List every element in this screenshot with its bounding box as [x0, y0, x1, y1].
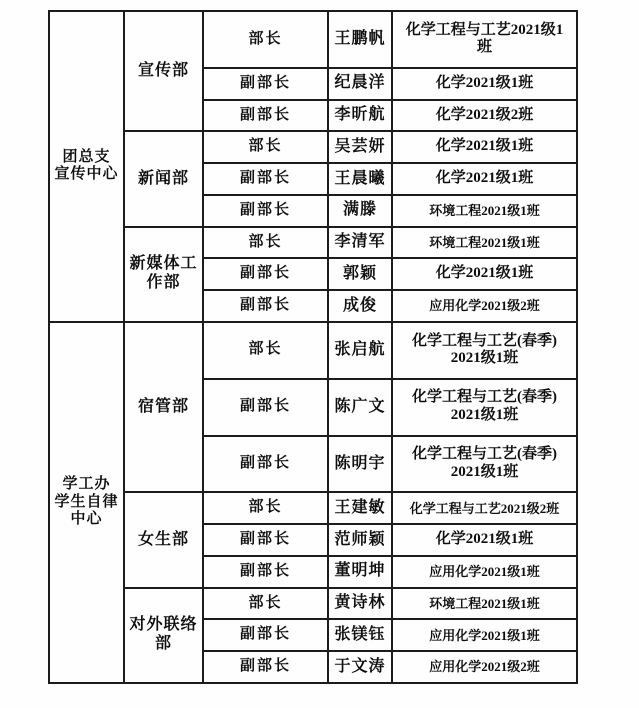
class-cell: 化学2021级1班 — [392, 163, 577, 195]
name-cell: 纪晨洋 — [328, 68, 392, 100]
class-cell: 化学2021级2班 — [392, 100, 577, 132]
name-cell: 李昕航 — [328, 100, 392, 132]
class-cell: 化学工程与工艺(春季) 2021级1班 — [392, 436, 577, 493]
name-cell: 王建敏 — [328, 492, 392, 524]
department-cell: 女生部 — [124, 492, 203, 587]
position-cell: 副部长 — [203, 436, 328, 493]
department-cell: 宣传部 — [124, 11, 203, 131]
department-cell: 对外联络 部 — [124, 588, 203, 683]
class-cell: 化学工程与工艺2021级1 班 — [392, 11, 577, 68]
position-cell: 副部长 — [203, 100, 328, 132]
center-cell: 团总支 宣传中心 — [49, 11, 124, 322]
class-cell: 化学2021级1班 — [392, 68, 577, 100]
position-cell: 部长 — [203, 131, 328, 163]
department-cell: 新媒体工 作部 — [124, 227, 203, 322]
name-cell: 陈明宇 — [328, 436, 392, 493]
department-cell: 新闻部 — [124, 131, 203, 226]
name-cell: 张启航 — [328, 322, 392, 379]
name-cell: 王鹏帆 — [328, 11, 392, 68]
class-cell: 环境工程2021级1班 — [392, 227, 577, 259]
position-cell: 部长 — [203, 492, 328, 524]
page: 团总支 宣传中心宣传部部长王鹏帆化学工程与工艺2021级1 班副部长纪晨洋化学2… — [0, 0, 639, 708]
name-cell: 董明坤 — [328, 556, 392, 588]
name-cell: 吴芸妍 — [328, 131, 392, 163]
position-cell: 部长 — [203, 322, 328, 379]
table-row: 新媒体工 作部部长李清军环境工程2021级1班 — [49, 227, 577, 259]
class-cell: 环境工程2021级1班 — [392, 588, 577, 620]
class-cell: 应用化学2021级2班 — [392, 651, 577, 683]
name-cell: 成俊 — [328, 290, 392, 322]
center-cell: 学工办 学生自律 中心 — [49, 322, 124, 683]
class-cell: 化学2021级1班 — [392, 131, 577, 163]
table-row: 对外联络 部部长黄诗林环境工程2021级1班 — [49, 588, 577, 620]
name-cell: 陈广文 — [328, 379, 392, 436]
table-row: 团总支 宣传中心宣传部部长王鹏帆化学工程与工艺2021级1 班 — [49, 11, 577, 68]
department-cell: 宿管部 — [124, 322, 203, 493]
position-cell: 副部长 — [203, 379, 328, 436]
position-cell: 副部长 — [203, 195, 328, 227]
name-cell: 黄诗林 — [328, 588, 392, 620]
table-row: 女生部部长王建敏化学工程与工艺2021级2班 — [49, 492, 577, 524]
class-cell: 化学工程与工艺(春季) 2021级1班 — [392, 379, 577, 436]
position-cell: 副部长 — [203, 290, 328, 322]
name-cell: 李清军 — [328, 227, 392, 259]
class-cell: 化学工程与工艺2021级2班 — [392, 492, 577, 524]
position-cell: 副部长 — [203, 524, 328, 556]
name-cell: 满滕 — [328, 195, 392, 227]
class-cell: 应用化学2021级1班 — [392, 556, 577, 588]
name-cell: 郭颖 — [328, 258, 392, 290]
position-cell: 副部长 — [203, 258, 328, 290]
position-cell: 部长 — [203, 227, 328, 259]
position-cell: 副部长 — [203, 619, 328, 651]
name-cell: 王晨曦 — [328, 163, 392, 195]
position-cell: 部长 — [203, 11, 328, 68]
table-row: 新闻部部长吴芸妍化学2021级1班 — [49, 131, 577, 163]
position-cell: 副部长 — [203, 556, 328, 588]
class-cell: 应用化学2021级1班 — [392, 619, 577, 651]
name-cell: 张镁钰 — [328, 619, 392, 651]
class-cell: 化学2021级1班 — [392, 524, 577, 556]
position-cell: 副部长 — [203, 68, 328, 100]
position-cell: 副部长 — [203, 651, 328, 683]
position-cell: 部长 — [203, 588, 328, 620]
table-row: 学工办 学生自律 中心宿管部部长张启航化学工程与工艺(春季) 2021级1班 — [49, 322, 577, 379]
class-cell: 化学工程与工艺(春季) 2021级1班 — [392, 322, 577, 379]
name-cell: 于文涛 — [328, 651, 392, 683]
name-cell: 范师颖 — [328, 524, 392, 556]
class-cell: 化学2021级1班 — [392, 258, 577, 290]
org-table-body: 团总支 宣传中心宣传部部长王鹏帆化学工程与工艺2021级1 班副部长纪晨洋化学2… — [49, 11, 577, 683]
position-cell: 副部长 — [203, 163, 328, 195]
class-cell: 应用化学2021级2班 — [392, 290, 577, 322]
org-table: 团总支 宣传中心宣传部部长王鹏帆化学工程与工艺2021级1 班副部长纪晨洋化学2… — [48, 10, 578, 684]
class-cell: 环境工程2021级1班 — [392, 195, 577, 227]
